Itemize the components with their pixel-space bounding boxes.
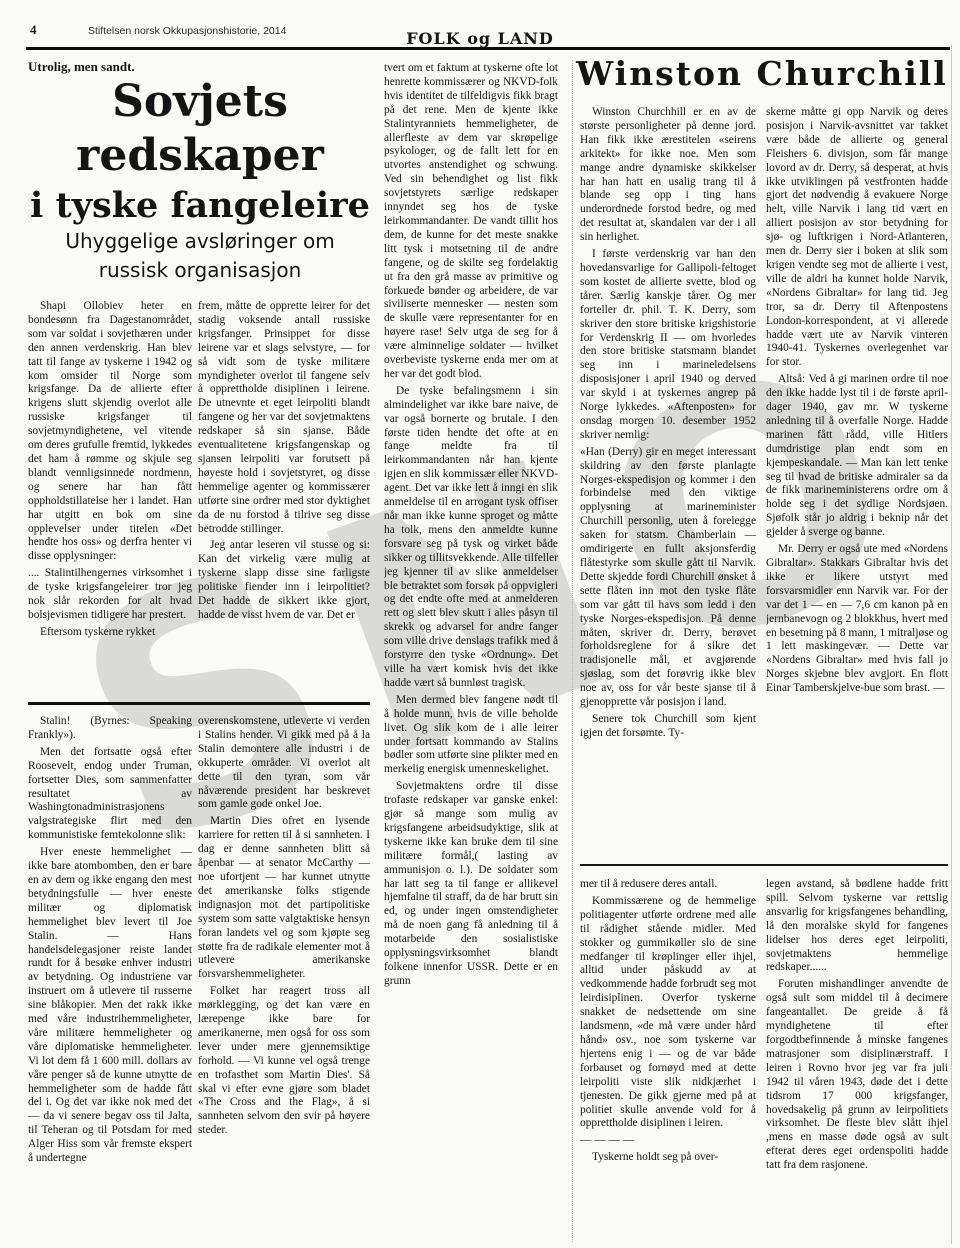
paragraph: Tyskerne holdt seg på over-: [580, 1151, 756, 1165]
column-5-upper: skerne måtte gi opp Narvik og deres posi…: [766, 106, 948, 854]
paragraph: Martin Dies ofret en lysende karriere fo…: [198, 815, 370, 982]
section-divider-left: [28, 702, 370, 705]
paragraph: .... Stalintilhengernes virksomhet i de …: [28, 567, 192, 623]
paragraph: tvert om et faktum at tyskerne ofte lot …: [384, 62, 558, 382]
column-4-upper: Winston Churchhill er en av de største p…: [580, 106, 756, 858]
paragraph: skerne måtte gi opp Narvik og deres posi…: [766, 106, 948, 370]
lead-article-title-line-3: i tyske fangeleire: [24, 188, 376, 223]
paragraph: mer til å redusere deres antall.: [580, 878, 756, 892]
paragraph: Foruten mishandlinger anvendte de også s…: [766, 978, 948, 1173]
paragraph: Senere tok Churchill som kjent igjen det…: [580, 713, 756, 741]
column-3: tvert om et faktum at tyskerne ofte lot …: [384, 62, 558, 1246]
paragraph: Men dermed blev fangene nødt til å holde…: [384, 694, 558, 777]
paragraph: Jeg antar leseren vil stusse og si: Kan …: [198, 539, 370, 622]
paragraph: Altså: Ved å gi marinen ordre til noe de…: [766, 373, 948, 540]
paragraph: Hver eneste hemmelighet — ikke bare atom…: [28, 846, 192, 1166]
lead-article-title-line-1: Sovjets: [24, 80, 376, 124]
column-1-upper: Shapi Ollobiev heter en bondesønn fra Da…: [28, 300, 192, 696]
page-edge-line: [951, 44, 952, 1244]
column-rule: [572, 60, 573, 1242]
paragraph: I første verdenskrig var han den hovedan…: [580, 248, 756, 443]
column-2-upper: frem, måtte de opprette leirer for det s…: [198, 300, 370, 698]
column-5-lower: legen avstand, så bødlene hadde fritt sp…: [766, 878, 948, 1246]
column-1-lower: Stalin! (Byrnes: Speaking Frankly»).Men …: [28, 715, 192, 1247]
column-4-lower: mer til å redusere deres antall.Kommissæ…: [580, 878, 756, 1246]
paragraph: legen avstand, så bødlene hadde fritt sp…: [766, 878, 948, 975]
churchill-article-title: Winston Churchill: [576, 57, 948, 90]
paragraph: Sovjetmaktens ordre til disse trofaste r…: [384, 780, 558, 989]
lead-article-kicker: Utrolig, men sandt.: [28, 59, 135, 75]
column-2-lower: overenskomstene, utleverte vi verden i S…: [198, 715, 370, 1247]
paragraph: Winston Churchhill er en av de største p…: [580, 106, 756, 245]
paragraph: Shapi Ollobiev heter en bondesønn fra Da…: [28, 300, 192, 564]
newspaper-page: SNO 4 Stiftelsen norsk Okkupasjonshistor…: [0, 0, 960, 1248]
header-rule: [26, 47, 950, 50]
paragraph: Mr. Derry er også ute med «Nordens Gibra…: [766, 543, 948, 696]
paragraph: Eftersom tyskerne rykket: [28, 626, 192, 640]
paragraph: Kommissærene og de hemmelige politiagent…: [580, 895, 756, 1131]
section-divider-right: [580, 864, 948, 866]
lead-article-subtitle-line-2: russisk organisasjon: [24, 259, 376, 281]
paragraph: Stalin! (Byrnes: Speaking Frankly»).: [28, 715, 192, 743]
paragraph: De tyske befalingsmenn i sin almindeligh…: [384, 385, 558, 691]
paragraph: Men det fortsatte også efter Roosevelt, …: [28, 746, 192, 843]
lead-article-title-line-2: redskaper: [24, 134, 376, 178]
paragraph: frem, måtte de opprette leirer for det s…: [198, 300, 370, 536]
paragraph: «Han (Derry) gir en meget interessant sk…: [580, 446, 756, 710]
lead-article-subtitle-line-1: Uhyggelige avsløringer om: [24, 230, 376, 252]
paragraph: overenskomstene, utleverte vi verden i S…: [198, 715, 370, 812]
paragraph: — — — —: [580, 1134, 756, 1148]
masthead-title: FOLK og LAND: [0, 29, 960, 48]
paragraph: Folket har reagert tross all mørklegging…: [198, 985, 370, 1138]
